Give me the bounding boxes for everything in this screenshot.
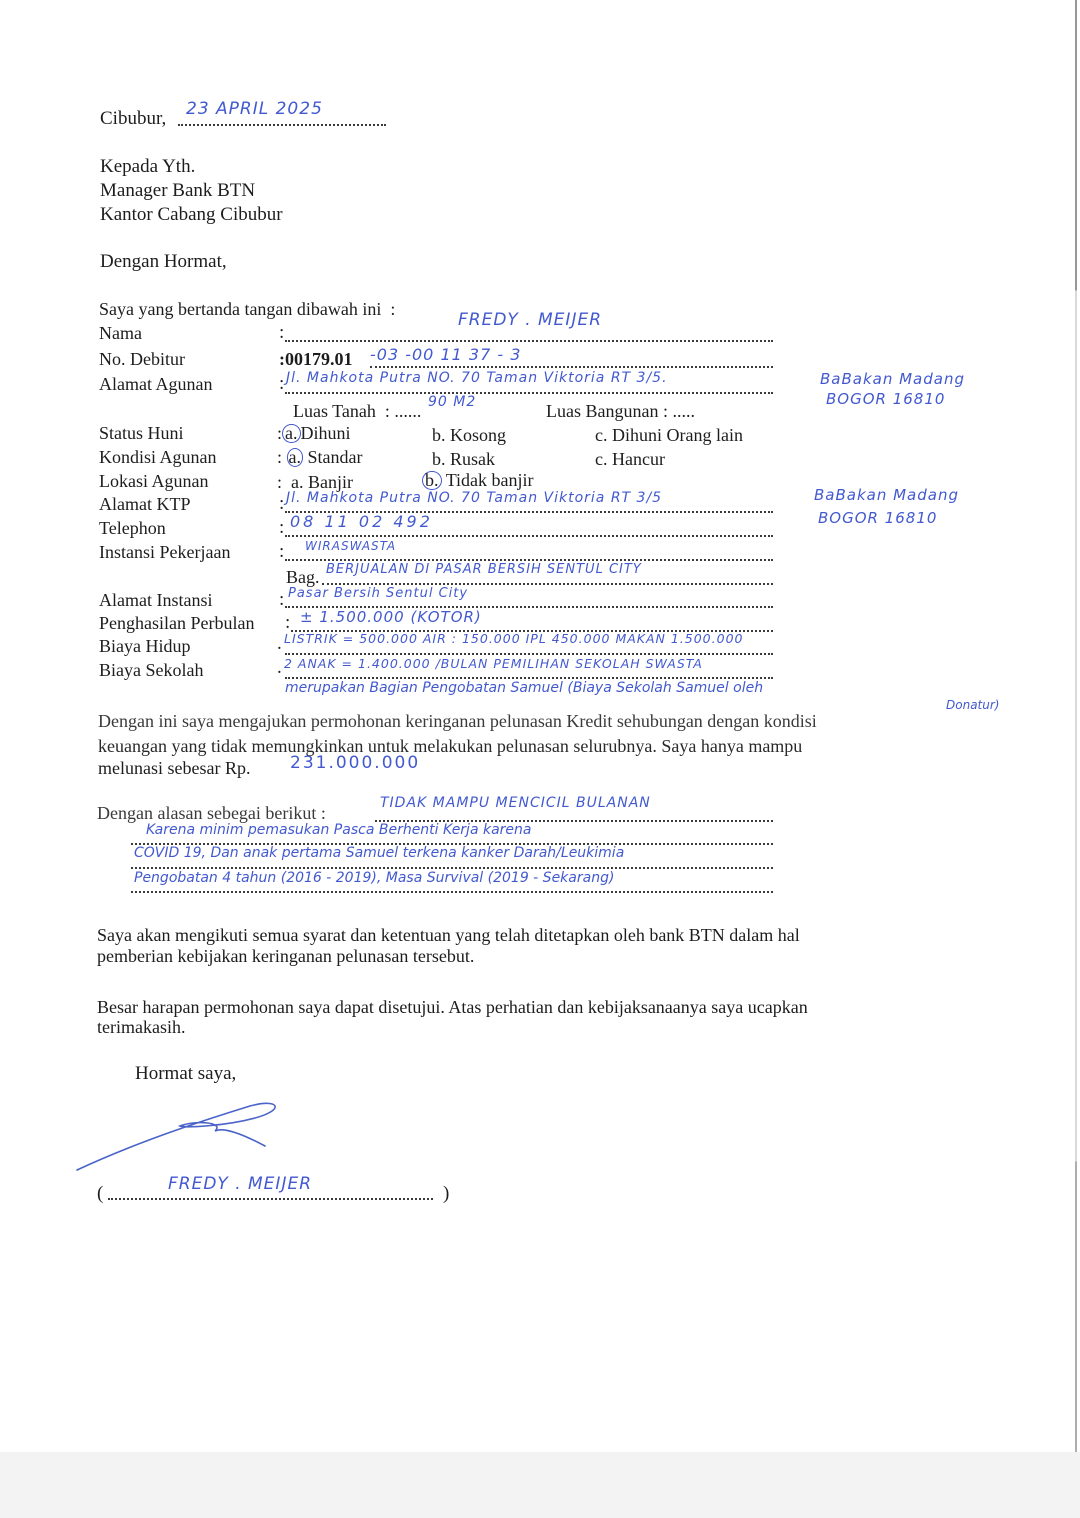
telephon-dotted-line bbox=[285, 535, 773, 537]
reason-dotted-line-3 bbox=[131, 867, 773, 869]
alamat-ktp-extra-1: BaBakan Madang bbox=[814, 486, 959, 504]
recipient-line-1: Kepada Yth. bbox=[100, 156, 195, 178]
alamat-agunan-extra-1: BaBakan Madang bbox=[820, 370, 965, 388]
luas-tanah-label: Luas Tanah : ...... bbox=[293, 400, 421, 422]
place-label: Cibubur, bbox=[100, 108, 166, 130]
signature-name-handwritten: FREDY . MEIJER bbox=[168, 1174, 312, 1194]
biaya-sekolah-dotted-line bbox=[285, 677, 773, 679]
reason-line-4: Pengobatan 4 tahun (2016 - 2019), Masa S… bbox=[134, 870, 614, 886]
request-paragraph-line-1: Dengan ini saya mengajukan permohonan ke… bbox=[98, 710, 817, 732]
kondisi-agunan-option-a-label: Standar bbox=[308, 447, 363, 467]
luas-tanah-label-text: Luas Tanah bbox=[293, 401, 376, 421]
recipient-line-3: Kantor Cabang Cibubur bbox=[100, 204, 283, 226]
biaya-hidup-colon: . bbox=[277, 633, 282, 655]
no-debitur-label: No. Debitur bbox=[99, 348, 185, 370]
reason-dotted-line-4 bbox=[131, 891, 773, 893]
request-paragraph-line-3: melunasi sebesar Rp. bbox=[98, 757, 250, 779]
biaya-sekolah-colon: . bbox=[277, 657, 282, 679]
kondisi-agunan-option-c[interactable]: c. Hancur bbox=[595, 448, 665, 470]
lokasi-agunan-option-b-label: Tidak banjir bbox=[446, 470, 534, 490]
lokasi-agunan-label: Lokasi Agunan bbox=[99, 470, 209, 492]
alamat-ktp-colon: : bbox=[279, 493, 284, 515]
bag-label: Bag. bbox=[286, 566, 320, 588]
closing: Hormat saya, bbox=[135, 1063, 236, 1085]
lokasi-agunan-option-a-label: a. Banjir bbox=[291, 472, 353, 492]
status-huni-option-c[interactable]: c. Dihuni Orang lain bbox=[595, 424, 743, 446]
no-debitur-dotted-line bbox=[370, 366, 773, 368]
telephon-colon: : bbox=[279, 517, 284, 539]
reason-label: Dengan alasan sebegai berikut : bbox=[97, 802, 326, 824]
instansi-handwritten: WIRASWASTA bbox=[305, 539, 396, 553]
lokasi-agunan-option-b[interactable]: b. Tidak banjir bbox=[422, 469, 534, 491]
instansi-dotted-line bbox=[285, 559, 773, 561]
intro-label: Saya yang bertanda tangan dibawah ini bbox=[99, 299, 381, 319]
alamat-agunan-dotted-line bbox=[285, 392, 773, 394]
luas-bangunan-value: ..... bbox=[672, 401, 695, 421]
alamat-instansi-colon: : bbox=[279, 589, 284, 611]
no-debitur-printed-value: 00179.01 bbox=[285, 349, 353, 369]
biaya-sekolah-note-1: merupakan Bagian Pengobatan Samuel (Biay… bbox=[285, 680, 763, 696]
signature-close-paren: ) bbox=[443, 1183, 449, 1205]
alamat-agunan-extra-2: BOGOR 16810 bbox=[826, 390, 945, 408]
request-paragraph-line-2: keuangan yang tidak memungkinkan untuk m… bbox=[98, 735, 802, 757]
date-dotted-line bbox=[178, 124, 386, 126]
intro-text: Saya yang bertanda tangan dibawah ini : bbox=[99, 298, 395, 320]
status-huni-option-a-label: Dihuni bbox=[301, 423, 351, 443]
no-debitur-handwritten: -03 -00 11 37 - 3 bbox=[370, 345, 521, 364]
reason-line-3: COVID 19, Dan anak pertama Samuel terken… bbox=[134, 845, 624, 861]
alamat-agunan-label: Alamat Agunan bbox=[99, 373, 212, 395]
alamat-ktp-extra-2: BOGOR 16810 bbox=[818, 509, 937, 527]
kondisi-agunan-option-a[interactable]: : a. Standar bbox=[277, 446, 363, 468]
alamat-ktp-handwritten: Jl. Mahkota Putra NO. 70 Taman Viktoria … bbox=[286, 490, 662, 506]
selected-circle: a. bbox=[282, 424, 301, 443]
reason-line-2: Karena minim pemasukan Pasca Berhenti Ke… bbox=[146, 822, 532, 838]
selected-circle: a. bbox=[287, 448, 304, 467]
recipient-line-2: Manager Bank BTN bbox=[100, 180, 255, 202]
biaya-hidup-label: Biaya Hidup bbox=[99, 635, 191, 657]
amount-handwritten: 231.000.000 bbox=[290, 753, 420, 773]
biaya-sekolah-label: Biaya Sekolah bbox=[99, 659, 203, 681]
biaya-sekolah-note-2: Donatur) bbox=[946, 698, 999, 712]
alamat-instansi-handwritten: Pasar Bersih Sentul City bbox=[288, 586, 468, 601]
alamat-ktp-label: Alamat KTP bbox=[99, 493, 191, 515]
no-debitur-printed: :00179.01 bbox=[279, 348, 353, 370]
penghasilan-handwritten: ± 1.500.000 (KOTOR) bbox=[300, 608, 482, 626]
instansi-label: Instansi Pekerjaan bbox=[99, 541, 230, 563]
nama-colon: : bbox=[279, 322, 284, 344]
signature-scribble bbox=[75, 1098, 295, 1178]
selected-circle: b. bbox=[422, 471, 442, 490]
kondisi-agunan-label: Kondisi Agunan bbox=[99, 446, 217, 468]
alamat-agunan-handwritten: Jl. Mahkota Putra NO. 70 Taman Viktoria … bbox=[286, 370, 668, 386]
background-strip bbox=[0, 1452, 1080, 1518]
bag-dotted-line bbox=[322, 583, 773, 585]
signature-dotted-line bbox=[108, 1198, 433, 1200]
date-handwritten: 23 APRIL 2025 bbox=[186, 99, 323, 119]
hope-paragraph-line-1: Besar harapan permohonan saya dapat dise… bbox=[97, 996, 808, 1018]
nama-dotted-line bbox=[285, 340, 773, 342]
signature-open-paren: ( bbox=[97, 1183, 103, 1205]
status-huni-option-a[interactable]: :a.Dihuni bbox=[277, 422, 351, 444]
letter-page: Cibubur, 23 APRIL 2025 Kepada Yth. Manag… bbox=[0, 0, 1080, 1452]
biaya-sekolah-handwritten: 2 ANAK = 1.400.000 /BULAN PEMILIHAN SEKO… bbox=[284, 656, 703, 671]
status-huni-label: Status Huni bbox=[99, 422, 184, 444]
instansi-colon: : bbox=[279, 541, 284, 563]
status-huni-option-b[interactable]: b. Kosong bbox=[432, 424, 506, 446]
biaya-hidup-handwritten: LISTRIK = 500.000 AIR : 150.000 IPL 450.… bbox=[284, 631, 743, 646]
reason-line-1: TIDAK MAMPU MENCICIL BULANAN bbox=[380, 795, 651, 811]
luas-tanah-value: 90 M2 bbox=[428, 394, 476, 410]
alamat-agunan-colon: : bbox=[279, 373, 284, 395]
intro-name-handwritten: FREDY . MEIJER bbox=[458, 310, 602, 330]
terms-paragraph-line-2: pemberian kebijakan keringanan pelunasan… bbox=[97, 945, 474, 967]
biaya-hidup-dotted-line bbox=[285, 653, 773, 655]
luas-bangunan-label: Luas Bangunan : bbox=[546, 401, 668, 421]
salutation: Dengan Hormat, bbox=[100, 251, 227, 273]
bag-handwritten: BERJUALAN DI PASAR BERSIH SENTUL CITY bbox=[326, 562, 642, 577]
nama-label: Nama bbox=[99, 322, 142, 344]
penghasilan-label: Penghasilan Perbulan bbox=[99, 612, 254, 634]
telephon-label: Telephon bbox=[99, 517, 166, 539]
luas-bangunan: Luas Bangunan : ..... bbox=[546, 400, 695, 422]
scan-edge bbox=[1075, 0, 1077, 1452]
hope-paragraph-line-2: terimakasih. bbox=[97, 1016, 185, 1038]
telephon-handwritten: 08 11 02 492 bbox=[290, 512, 433, 531]
alamat-instansi-label: Alamat Instansi bbox=[99, 589, 212, 611]
terms-paragraph-line-1: Saya akan mengikuti semua syarat dan ket… bbox=[97, 924, 800, 946]
kondisi-agunan-option-b[interactable]: b. Rusak bbox=[432, 448, 495, 470]
